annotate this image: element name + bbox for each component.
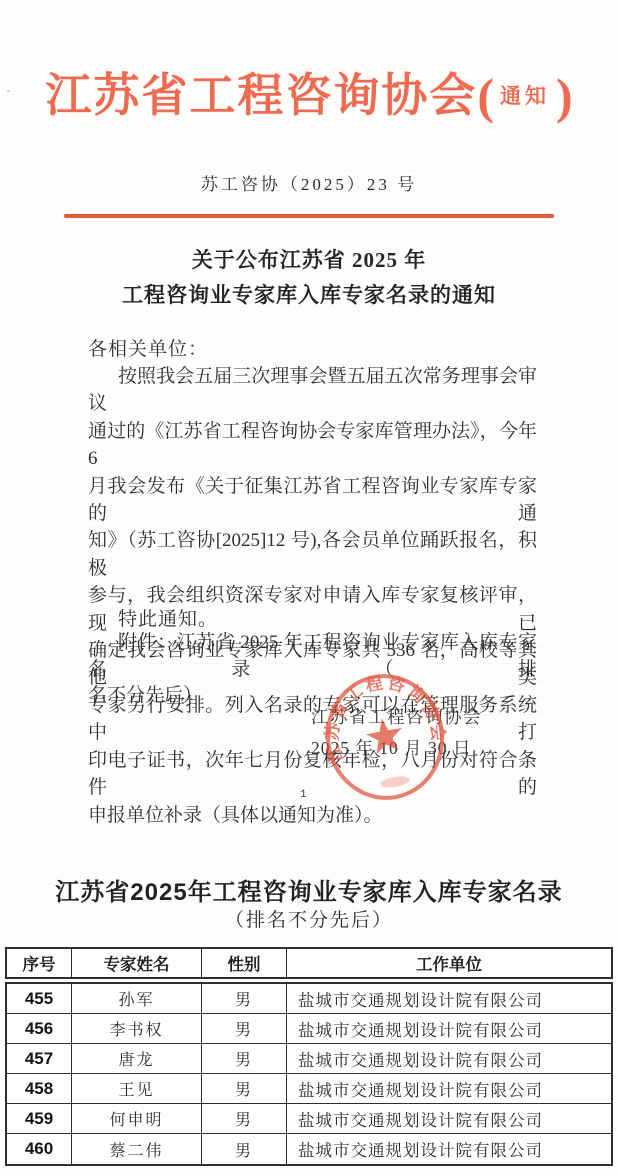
closing-line: 特此通知。	[88, 604, 218, 631]
masthead-paren-open: (	[477, 68, 494, 124]
cell-gender: 男	[202, 1074, 287, 1103]
column-header-name: 专家姓名	[72, 949, 202, 977]
cell-name: 唐龙	[72, 1044, 202, 1073]
cell-no: 456	[7, 1014, 72, 1043]
roster-title-suffix: 年工程咨询业专家库入库专家名录	[188, 880, 563, 906]
roster-title-year: 2025	[130, 879, 187, 906]
cell-no: 457	[7, 1044, 72, 1073]
seal-bottom-smudge	[379, 774, 410, 789]
table-row: 455 孙军 男 盐城市交通规划设计院有限公司	[7, 984, 611, 1014]
cell-name: 王见	[72, 1074, 202, 1103]
scanned-notice-page: 江苏省工程咨询协会(通知) 苏工咨协（2025）23 号 关于公布江苏省 202…	[0, 0, 618, 1176]
cell-org: 盐城市交通规划设计院有限公司	[287, 1074, 611, 1103]
seal-star-icon	[364, 715, 406, 755]
roster-table-header: 序号 专家姓名 性别 工作单位	[5, 947, 613, 979]
body-line: 月我会发布《关于征集江苏省工程咨询业专家库专家的通	[88, 473, 537, 528]
table-row: 458 王见 男 盐城市交通规划设计院有限公司	[7, 1074, 611, 1104]
roster-title-prefix: 江苏省	[55, 880, 130, 906]
salutation: 各相关单位：	[88, 334, 208, 361]
table-row: 457 唐龙 男 盐城市交通规划设计院有限公司	[7, 1044, 611, 1074]
roster-subtitle: （排名不分先后）	[0, 905, 618, 932]
roster-table-body: 455 孙军 男 盐城市交通规划设计院有限公司 456 李书权 男 盐城市交通规…	[5, 982, 613, 1166]
cell-no: 460	[7, 1134, 72, 1164]
table-row: 459 何申明 男 盐城市交通规划设计院有限公司	[7, 1104, 611, 1134]
official-seal-stamp: 江苏省工程咨询协会	[285, 637, 485, 837]
cell-org: 盐城市交通规划设计院有限公司	[287, 984, 611, 1013]
document-number: 苏工咨协（2025）23 号	[0, 170, 618, 195]
masthead-paren-close: )	[556, 68, 573, 124]
cell-gender: 男	[202, 1044, 287, 1073]
cell-no: 459	[7, 1104, 72, 1133]
masthead-doc-type: 通知	[494, 84, 556, 108]
notice-title-line2: 工程咨询业专家库入库专家名录的通知	[0, 278, 618, 313]
cell-org: 盐城市交通规划设计院有限公司	[287, 1014, 611, 1043]
cell-name: 何申明	[72, 1104, 202, 1133]
cell-name: 孙军	[72, 984, 202, 1013]
cell-name: 蔡二伟	[72, 1134, 202, 1164]
red-divider-rule	[64, 214, 554, 218]
notice-title-line1: 关于公布江苏省 2025 年	[0, 243, 618, 278]
cell-gender: 男	[202, 984, 287, 1013]
cell-name: 李书权	[72, 1014, 202, 1043]
cell-gender: 男	[202, 1104, 287, 1133]
column-header-gender: 性别	[202, 949, 287, 977]
body-line: 知》（苏工咨协[2025]12 号),各会员单位踊跃报名，积极	[88, 527, 537, 582]
cell-org: 盐城市交通规划设计院有限公司	[287, 1104, 611, 1133]
column-header-org: 工作单位	[287, 949, 611, 977]
roster-title: 江苏省2025年工程咨询业专家库入库专家名录	[0, 872, 618, 907]
cell-gender: 男	[202, 1014, 287, 1043]
masthead-org-name: 江苏省工程咨询协会	[45, 70, 477, 121]
page-number: 1	[300, 789, 307, 801]
body-line: 通过的《江苏省工程咨询协会专家库管理办法》，今年 6	[88, 418, 537, 473]
cell-no: 455	[7, 984, 72, 1013]
notice-title: 关于公布江苏省 2025 年 工程咨询业专家库入库专家名录的通知	[0, 243, 618, 313]
table-row: 456 李书权 男 盐城市交通规划设计院有限公司	[7, 1014, 611, 1044]
column-header-no: 序号	[7, 949, 72, 977]
cell-no: 458	[7, 1074, 72, 1103]
cell-org: 盐城市交通规划设计院有限公司	[287, 1044, 611, 1073]
body-line: 按照我会五届三次理事会暨五届五次常务理事会审议	[88, 363, 537, 418]
cell-gender: 男	[202, 1134, 287, 1164]
table-row: 460 蔡二伟 男 盐城市交通规划设计院有限公司	[7, 1134, 611, 1164]
masthead-title: 江苏省工程咨询协会(通知)	[0, 66, 618, 124]
cell-org: 盐城市交通规划设计院有限公司	[287, 1134, 611, 1164]
